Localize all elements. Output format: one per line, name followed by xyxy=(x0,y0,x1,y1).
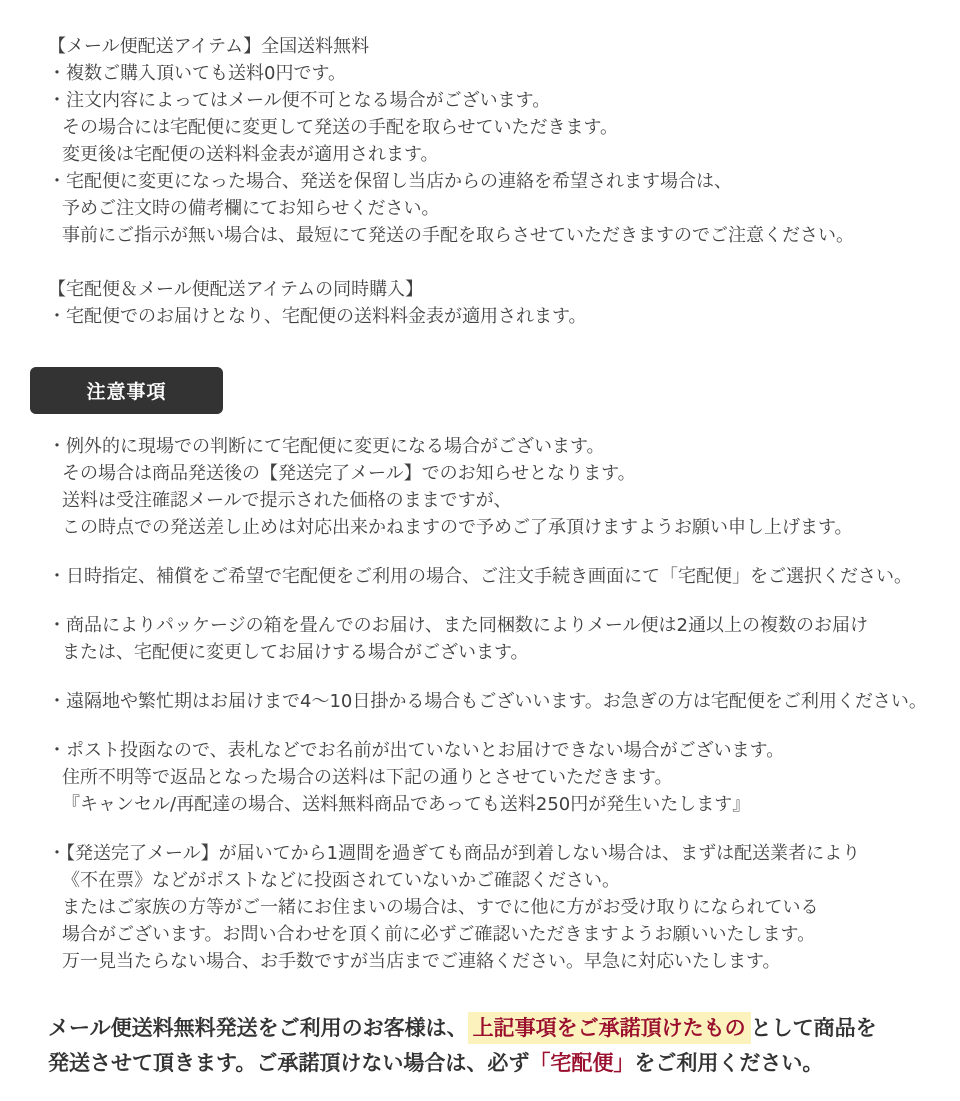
text-line: ・日時指定、補償をご希望で宅配便をご利用の場合、ご注文手続き画面にて「宅配便」を… xyxy=(48,563,942,590)
notice-group: ・日時指定、補償をご希望で宅配便をご利用の場合、ご注文手続き画面にて「宅配便」を… xyxy=(48,563,942,590)
text-line: 変更後は宅配便の送料料金表が適用されます。 xyxy=(48,141,942,168)
text-line: ・注文内容によってはメール便不可となる場合がございます。 xyxy=(48,87,942,114)
text-segment: として商品を xyxy=(751,1016,877,1040)
text-line: ・例外的に現場での判断にて宅配便に変更になる場合がございます。 xyxy=(48,433,942,460)
accent-phrase: 「宅配便」 xyxy=(529,1051,634,1075)
text-line: 場合がございます。お問い合わせを頂く前に必ずご確認いただきますようお願いいたしま… xyxy=(48,921,942,948)
section-mail-item: 【メール便配送アイテム】全国送料無料・複数ご購入頂いても送料0円です。・注文内容… xyxy=(48,33,942,249)
text-line: この時点での発送差し止めは対応出来かねますので予めご了承頂けますようお願い申し上… xyxy=(48,514,942,541)
text-line: その場合は商品発送後の【発送完了メール】でのお知らせとなります。 xyxy=(48,460,942,487)
text-line: 予めご注文時の備考欄にてお知らせください。 xyxy=(48,195,942,222)
text-line: ・宅配便でのお届けとなり、宅配便の送料料金表が適用されます。 xyxy=(48,303,942,330)
text-line: または、宅配便に変更してお届けする場合がございます。 xyxy=(48,639,942,666)
text-line: ・【発送完了メール】が届いてから1週間を過ぎても商品が到着しない場合は、まずは配… xyxy=(48,840,942,867)
text-segment: 発送させて頂きます。ご承諾頂けない場合は、必ず xyxy=(48,1051,529,1075)
notice-section-label: 注意事項 xyxy=(86,377,166,404)
text-segment: メール便送料無料発送をご利用のお客様は、 xyxy=(48,1016,468,1040)
text-line: その場合には宅配便に変更して発送の手配を取らせていただきます。 xyxy=(48,114,942,141)
notice-group: ・商品によりパッケージの箱を畳んでのお届け、また同梱数によりメール便は2通以上の… xyxy=(48,612,942,666)
shipping-info-document: 【メール便配送アイテム】全国送料無料・複数ご購入頂いても送料0円です。・注文内容… xyxy=(0,0,960,1101)
text-segment: をご利用ください。 xyxy=(634,1051,823,1075)
agreement-paragraph: メール便送料無料発送をご利用のお客様は、上記事項をご承諾頂けたものとして商品を … xyxy=(48,1011,942,1081)
text-line: 事前にご指示が無い場合は、最短にて発送の手配を取らさせていただきますのでご注意く… xyxy=(48,222,942,249)
text-line: 住所不明等で返品となった場合の送料は下記の通りとさせていただきます。 xyxy=(48,764,942,791)
text-line: またはご家族の方等がご一緒にお住まいの場合は、すでに他に方がお受け取りになられて… xyxy=(48,894,942,921)
text-line: ・ポスト投函なので、表札などでお名前が出ていないとお届けできない場合がございます… xyxy=(48,737,942,764)
text-line: 万一見当たらない場合、お手数ですが当店までご連絡ください。早急に対応いたします。 xyxy=(48,948,942,975)
notice-group: ・ポスト投函なので、表札などでお名前が出ていないとお届けできない場合がございます… xyxy=(48,737,942,818)
notice-group: ・【発送完了メール】が届いてから1週間を過ぎても商品が到着しない場合は、まずは配… xyxy=(48,840,942,975)
agreement-line-2: 発送させて頂きます。ご承諾頂けない場合は、必ず「宅配便」をご利用ください。 xyxy=(48,1046,942,1081)
text-line: 《不在票》などがポストなどに投函されていないかご確認ください。 xyxy=(48,867,942,894)
highlighted-phrase: 上記事項をご承諾頂けたもの xyxy=(468,1012,751,1044)
section-combined-purchase: 【宅配便＆メール便配送アイテムの同時購入】・宅配便でのお届けとなり、宅配便の送料… xyxy=(48,276,942,330)
text-line: ・複数ご購入頂いても送料0円です。 xyxy=(48,60,942,87)
text-line: 【メール便配送アイテム】全国送料無料 xyxy=(48,33,942,60)
notice-group: ・例外的に現場での判断にて宅配便に変更になる場合がございます。その場合は商品発送… xyxy=(48,433,942,541)
notice-section-header: 注意事項 xyxy=(30,367,223,414)
text-line: 【宅配便＆メール便配送アイテムの同時購入】 xyxy=(48,276,942,303)
text-line: 送料は受注確認メールで提示された価格のままですが、 xyxy=(48,487,942,514)
notice-group: ・遠隔地や繁忙期はお届けまで4～10日掛かる場合もございいます。お急ぎの方は宅配… xyxy=(48,688,942,715)
text-line: ・商品によりパッケージの箱を畳んでのお届け、また同梱数によりメール便は2通以上の… xyxy=(48,612,942,639)
notice-list: ・例外的に現場での判断にて宅配便に変更になる場合がございます。その場合は商品発送… xyxy=(48,433,942,975)
agreement-line-1: メール便送料無料発送をご利用のお客様は、上記事項をご承諾頂けたものとして商品を xyxy=(48,1011,942,1046)
text-line: ・遠隔地や繁忙期はお届けまで4～10日掛かる場合もございいます。お急ぎの方は宅配… xyxy=(48,688,942,715)
text-line: ・宅配便に変更になった場合、発送を保留し当店からの連絡を希望されます場合は、 xyxy=(48,168,942,195)
text-line: 『キャンセル/再配達の場合、送料無料商品であっても送料250円が発生いたします』 xyxy=(48,791,942,818)
